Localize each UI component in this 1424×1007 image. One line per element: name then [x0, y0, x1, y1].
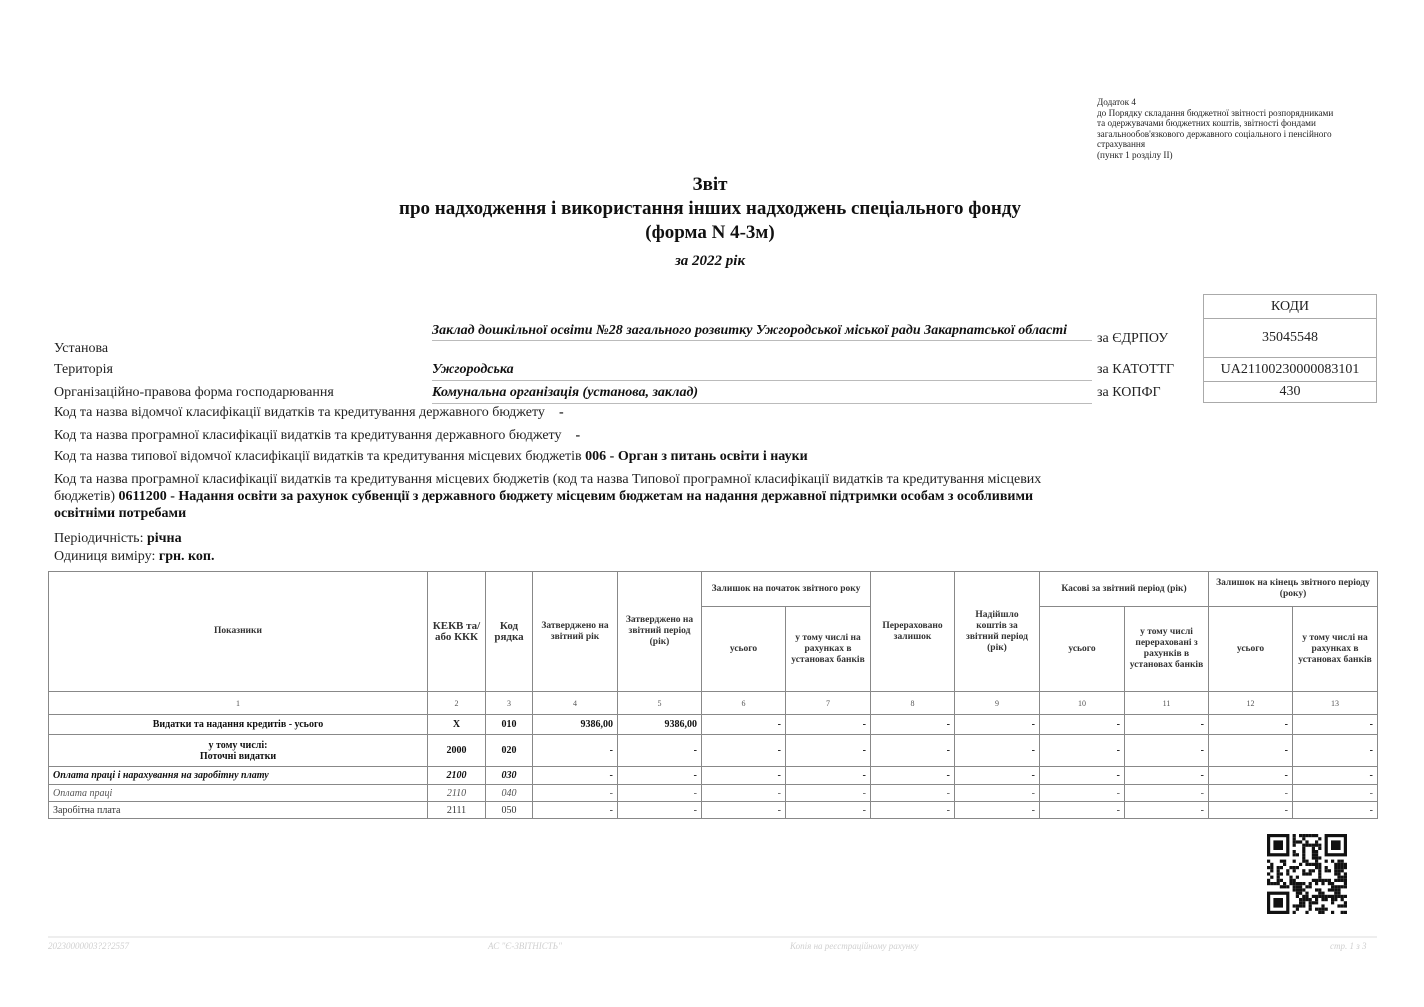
- table-row: Заробітна плата 2111 050 ----------: [49, 802, 1378, 819]
- row-value: -: [871, 785, 955, 802]
- appendix-line: Додаток 4: [1097, 97, 1367, 108]
- footer-note: Копія на реєстраційному рахунку: [790, 941, 918, 951]
- row-value: -: [871, 735, 955, 767]
- table-row: Оплата праці і нарахування на заробітну …: [49, 767, 1378, 785]
- column-number: 13: [1293, 692, 1378, 715]
- row-value: -: [1293, 767, 1378, 785]
- row-value: -: [955, 785, 1040, 802]
- unit-value: грн. коп.: [159, 549, 215, 564]
- row-value: -: [786, 802, 871, 819]
- territory-value: Ужгородська: [432, 362, 1092, 381]
- header-row: Показники КЕКВ та/або ККК Код рядка Затв…: [49, 572, 1378, 607]
- row-name-line2: Поточні видатки: [53, 751, 423, 762]
- departmental-value: -: [559, 405, 564, 420]
- column-number: 12: [1209, 692, 1293, 715]
- unit-label: Одиниця виміру:: [54, 549, 155, 564]
- col-approved-year: Затверджено на звітний рік: [533, 572, 618, 692]
- row-value: -: [1125, 715, 1209, 735]
- col-cash-total: усього: [1040, 607, 1125, 692]
- column-number: 10: [1040, 692, 1125, 715]
- col-cash: Касові за звітний період (рік): [1040, 572, 1209, 607]
- col-balance-end: Залишок на кінець звітного періоду (року…: [1209, 572, 1378, 607]
- appendix-line: загальнообов'язкового державного соціаль…: [1097, 129, 1367, 140]
- col-received: Надійшло коштів за звітний період (рік): [955, 572, 1040, 692]
- row-value: -: [871, 767, 955, 785]
- col-transferred: Перераховано залишок: [871, 572, 955, 692]
- column-number: 4: [533, 692, 618, 715]
- footer-divider: [48, 936, 1377, 938]
- col-balance-end-bank: у тому числі на рахунках в установах бан…: [1293, 607, 1378, 692]
- row-kekv: X: [428, 715, 486, 735]
- row-value: -: [955, 735, 1040, 767]
- row-value: -: [533, 802, 618, 819]
- row-value: -: [786, 715, 871, 735]
- row-value: -: [955, 767, 1040, 785]
- row-value: -: [618, 785, 702, 802]
- row-value: -: [1040, 735, 1125, 767]
- footer-page: стр. 1 з 3: [1330, 941, 1367, 951]
- row-value: -: [618, 802, 702, 819]
- kopfg-label: за КОПФГ: [1097, 385, 1161, 401]
- row-value: -: [533, 785, 618, 802]
- appendix-line: (пункт 1 розділу ІІ): [1097, 150, 1367, 161]
- row-code: 050: [486, 802, 533, 819]
- row-kekv: 2000: [428, 735, 486, 767]
- column-number: 6: [702, 692, 786, 715]
- col-approved-period: Затверджено на звітний період (рік): [618, 572, 702, 692]
- institution-value: Заклад дошкільної освіти №28 загального …: [432, 322, 1092, 341]
- row-value: -: [1209, 715, 1293, 735]
- title-line-1: Звіт: [300, 173, 1120, 197]
- row-name-line1: у тому числі:: [53, 740, 423, 751]
- appendix-line: страхування: [1097, 139, 1367, 150]
- col-cash-transferred: у тому числі перераховані з рахунків в у…: [1125, 607, 1209, 692]
- katottg-code: UA21100230000083101: [1204, 358, 1377, 382]
- row-value: -: [871, 802, 955, 819]
- column-number: 2: [428, 692, 486, 715]
- col-balance-start-total: усього: [702, 607, 786, 692]
- local-value: 0611200 - Надання освіти за рахунок субв…: [54, 489, 1033, 521]
- row-value: -: [1293, 715, 1378, 735]
- row-value: -: [1040, 802, 1125, 819]
- title-line-2: про надходження і використання інших над…: [300, 197, 1120, 221]
- report-table: Показники КЕКВ та/або ККК Код рядка Затв…: [48, 571, 1378, 819]
- col-balance-start-bank: у тому числі на рахунках в установах бан…: [786, 607, 871, 692]
- column-number: 9: [955, 692, 1040, 715]
- col-kekv: КЕКВ та/або ККК: [428, 572, 486, 692]
- row-value: -: [1040, 785, 1125, 802]
- column-number: 11: [1125, 692, 1209, 715]
- form-number: (форма N 4-3м): [300, 221, 1120, 245]
- row-value: -: [1209, 785, 1293, 802]
- footer-doc-id: 20230000003?2?2557: [48, 941, 129, 951]
- col-row-code: Код рядка: [486, 572, 533, 692]
- col-balance-start: Залишок на початок звітного року: [702, 572, 871, 607]
- program-value: -: [575, 428, 580, 443]
- row-value: 9386,00: [618, 715, 702, 735]
- typical-classification: Код та назва типової відомчої класифікац…: [54, 449, 808, 465]
- row-value: -: [533, 735, 618, 767]
- row-name: Оплата праці: [49, 785, 428, 802]
- row-value: -: [618, 735, 702, 767]
- territory-label: Територія: [54, 362, 113, 378]
- institution-label: Установа: [54, 341, 108, 357]
- ownership-form-value: Комунальна організація (установа, заклад…: [432, 385, 1092, 404]
- row-value: -: [1040, 767, 1125, 785]
- row-value: -: [955, 802, 1040, 819]
- table-row: Видатки та надання кредитів - усього X 0…: [49, 715, 1378, 735]
- row-kekv: 2110: [428, 785, 486, 802]
- footer-system: АС "Є-ЗВІТНІСТЬ": [488, 941, 562, 951]
- row-name: Оплата праці і нарахування на заробітну …: [49, 767, 428, 785]
- row-kekv: 2100: [428, 767, 486, 785]
- edrpou-code: 35045548: [1204, 319, 1377, 358]
- report-title: Звіт про надходження і використання інши…: [300, 173, 1120, 270]
- row-value: -: [1040, 715, 1125, 735]
- row-value: -: [702, 785, 786, 802]
- kopfg-code: 430: [1204, 382, 1377, 403]
- appendix-note: Додаток 4 до Порядку складання бюджетної…: [1097, 97, 1367, 161]
- periodicity-value: річна: [147, 531, 182, 546]
- row-value: -: [786, 735, 871, 767]
- row-value: -: [1209, 767, 1293, 785]
- local-classification: Код та назва програмної класифікації вид…: [54, 471, 1084, 522]
- program-classification: Код та назва програмної класифікації вид…: [54, 428, 580, 444]
- departmental-classification: Код та назва відомчої класифікації видат…: [54, 405, 564, 421]
- row-value: -: [1209, 802, 1293, 819]
- column-number: 8: [871, 692, 955, 715]
- row-value: 9386,00: [533, 715, 618, 735]
- periodicity: Періодичність: річна: [54, 531, 182, 547]
- row-name: Заробітна плата: [49, 802, 428, 819]
- row-code: 020: [486, 735, 533, 767]
- table-row: Оплата праці 2110 040 ----------: [49, 785, 1378, 802]
- row-value: -: [1125, 767, 1209, 785]
- row-value: -: [786, 785, 871, 802]
- report-period: за 2022 рік: [300, 253, 1120, 270]
- edrpou-label: за ЄДРПОУ: [1097, 331, 1168, 347]
- periodicity-label: Періодичність:: [54, 531, 143, 546]
- row-code: 030: [486, 767, 533, 785]
- column-number: 5: [618, 692, 702, 715]
- row-value: -: [702, 802, 786, 819]
- program-label: Код та назва програмної класифікації вид…: [54, 428, 561, 443]
- row-name: Видатки та надання кредитів - усього: [49, 715, 428, 735]
- row-value: -: [871, 715, 955, 735]
- row-value: -: [1125, 802, 1209, 819]
- column-number: 1: [49, 692, 428, 715]
- departmental-label: Код та назва відомчої класифікації видат…: [54, 405, 545, 420]
- row-name: у тому числі: Поточні видатки: [49, 735, 428, 767]
- row-code: 040: [486, 785, 533, 802]
- row-kekv: 2111: [428, 802, 486, 819]
- row-value: -: [1293, 735, 1378, 767]
- row-value: -: [533, 767, 618, 785]
- column-numbers-row: 12345678910111213: [49, 692, 1378, 715]
- typical-label: Код та назва типової відомчої класифікац…: [54, 449, 582, 464]
- qr-code-icon: [1267, 834, 1347, 914]
- row-value: -: [1293, 802, 1378, 819]
- row-value: -: [1125, 785, 1209, 802]
- katottg-label: за КАТОТТГ: [1097, 362, 1174, 378]
- appendix-line: до Порядку складання бюджетної звітності…: [1097, 108, 1367, 119]
- codes-table: КОДИ 35045548 UA21100230000083101 430: [1203, 294, 1377, 403]
- row-value: -: [1125, 735, 1209, 767]
- typical-value: 006 - Орган з питань освіти і науки: [585, 449, 808, 464]
- row-value: -: [1209, 735, 1293, 767]
- row-value: -: [955, 715, 1040, 735]
- codes-header: КОДИ: [1204, 295, 1377, 319]
- table-row: у тому числі: Поточні видатки 2000 020 -…: [49, 735, 1378, 767]
- unit-of-measure: Одиниця виміру: грн. коп.: [54, 549, 215, 565]
- ownership-form-label: Організаційно-правова форма господарюван…: [54, 385, 334, 401]
- col-balance-end-total: усього: [1209, 607, 1293, 692]
- row-code: 010: [486, 715, 533, 735]
- col-indicators: Показники: [49, 572, 428, 692]
- row-value: -: [1293, 785, 1378, 802]
- row-value: -: [702, 767, 786, 785]
- column-number: 7: [786, 692, 871, 715]
- row-value: -: [618, 767, 702, 785]
- row-value: -: [786, 767, 871, 785]
- appendix-line: та одержувачами бюджетних коштів, звітно…: [1097, 118, 1367, 129]
- row-value: -: [702, 735, 786, 767]
- column-number: 3: [486, 692, 533, 715]
- row-value: -: [702, 715, 786, 735]
